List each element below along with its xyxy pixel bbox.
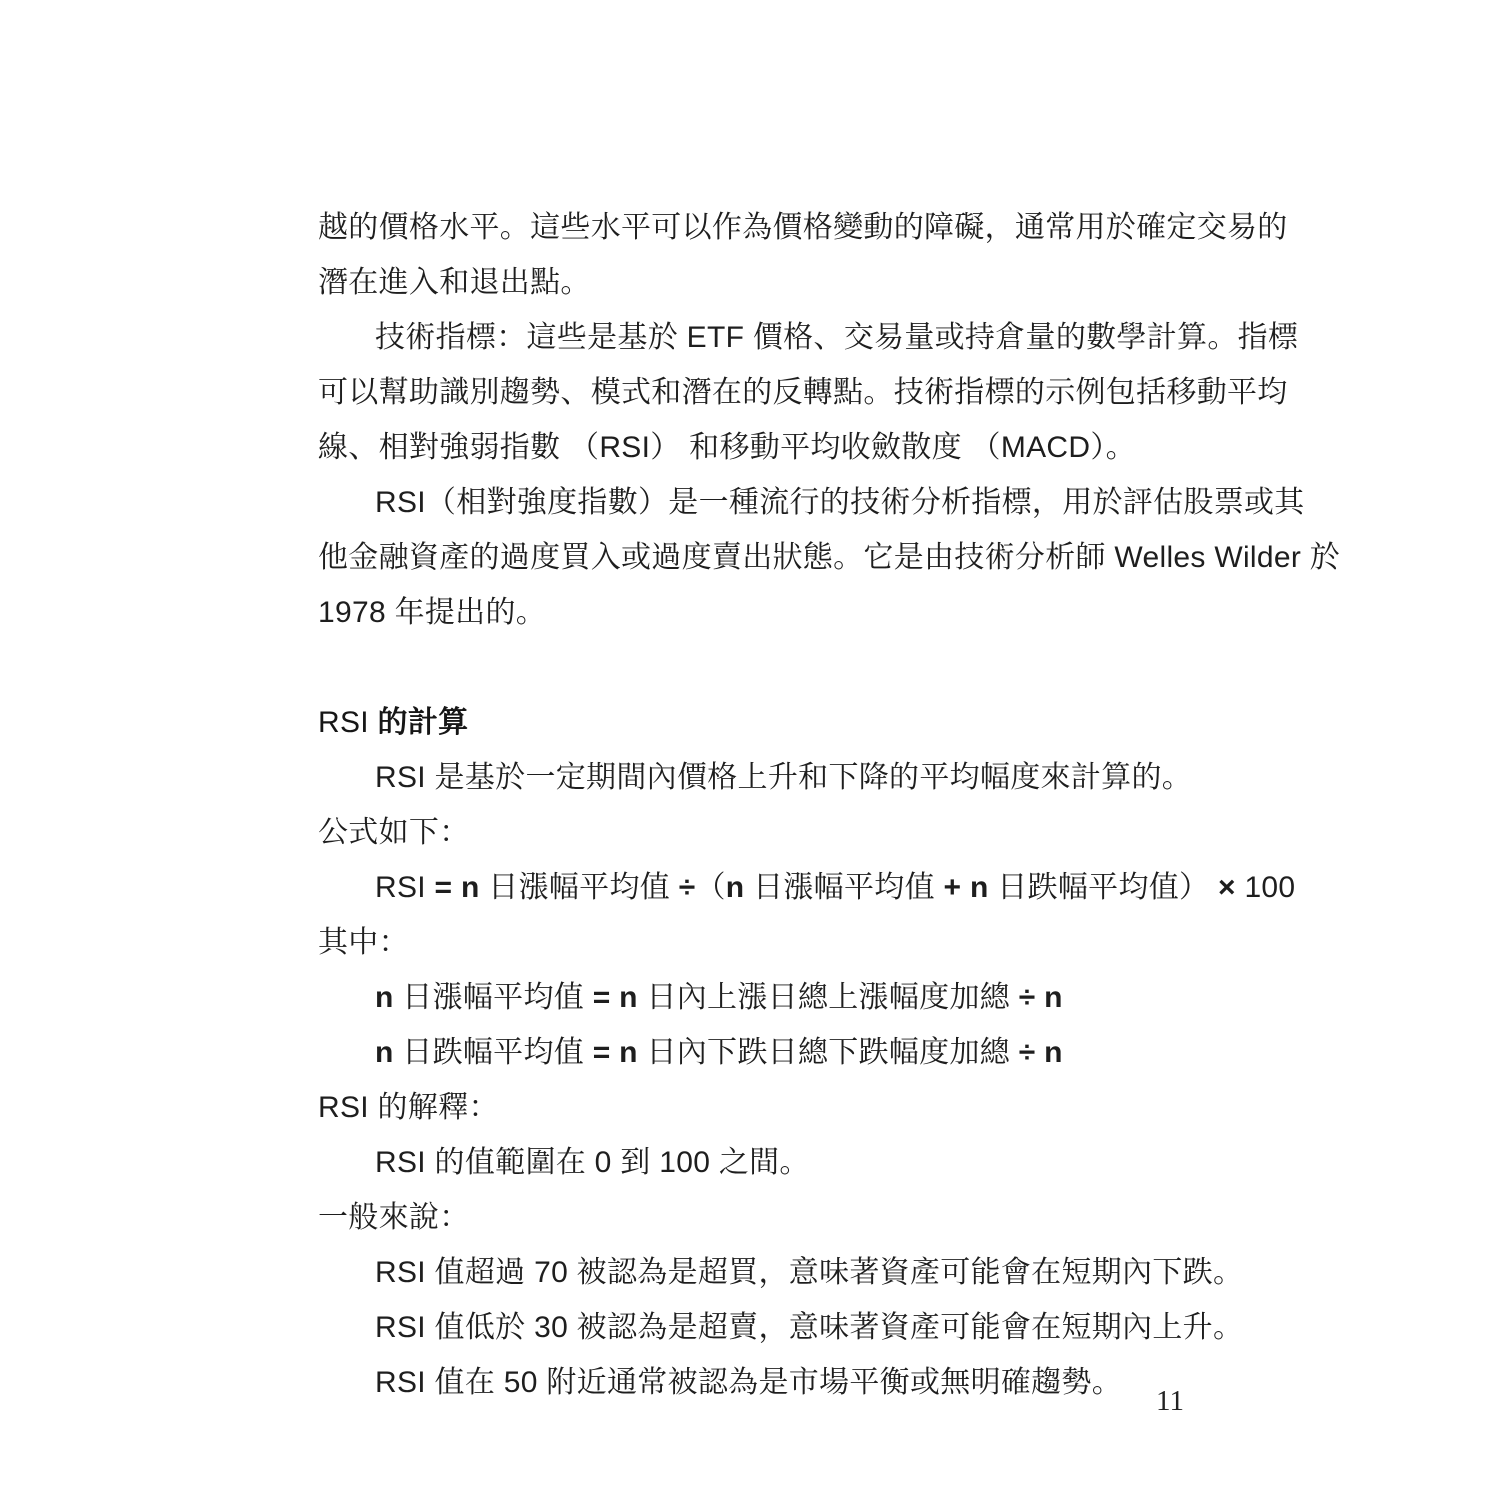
text-segment: 100 [1236,871,1296,904]
text-segment: 1978 年提出的。 [318,596,546,629]
text-segment: RSI（相對強度指數）是一種流行的技術分析指標，用於評估股票或其 [375,486,1305,519]
text-segment: （ [695,871,725,904]
document-page: 越的價格水平。這些水平可以作為價格變動的障礙，通常用於確定交易的潛在進入和退出點… [0,0,1500,1500]
bold-text-segment: = n [593,981,638,1014]
bold-text-segment: + n [944,871,989,904]
text-line: 可以幫助識別趨勢、模式和潛在的反轉點。技術指標的示例包括移動平均 [318,365,1198,420]
text-segment: 線、相對強弱指數 （RSI） 和移動平均收斂散度 （MACD）。 [318,431,1136,464]
text-line: 1978 年提出的。 [318,585,1198,640]
text-line: RSI 的解釋： [318,1080,1198,1135]
text-line: RSI 的值範圍在 0 到 100 之間。 [318,1135,1198,1190]
text-segment: 日內下跌日總下跌幅度加總 [638,1036,1019,1069]
text-line: RSI 值在 50 附近通常被認為是市場平衡或無明確趨勢。 [318,1355,1198,1410]
bold-text-segment: = n [435,871,480,904]
text-segment: 潛在進入和退出點。 [318,266,591,299]
text-line: n 日漲幅平均值 = n 日內上漲日總上漲幅度加總 ÷ n [318,970,1198,1025]
text-line: 線、相對強弱指數 （RSI） 和移動平均收斂散度 （MACD）。 [318,420,1198,475]
page-text-block: 越的價格水平。這些水平可以作為價格變動的障礙，通常用於確定交易的潛在進入和退出點… [318,200,1198,1410]
text-line: RSI 值低於 30 被認為是超賣，意味著資產可能會在短期內上升。 [318,1300,1198,1355]
text-segment: RSI [375,871,435,904]
text-segment: RSI [318,706,378,739]
text-segment: 公式如下： [318,816,470,849]
text-line: RSI 是基於一定期間內價格上升和下降的平均幅度來計算的。 [318,750,1198,805]
bold-text-segment: n [726,871,745,904]
blank-line [318,640,1198,695]
section-heading: RSI 的計算 [318,695,1198,750]
text-line: 越的價格水平。這些水平可以作為價格變動的障礙，通常用於確定交易的 [318,200,1198,255]
text-segment: RSI 的解釋： [318,1091,499,1124]
bold-text-segment: × [1218,871,1236,904]
text-line: 潛在進入和退出點。 [318,255,1198,310]
text-segment: 越的價格水平。這些水平可以作為價格變動的障礙，通常用於確定交易的 [318,211,1288,244]
text-segment: 其中： [318,926,409,959]
text-line: RSI（相對強度指數）是一種流行的技術分析指標，用於評估股票或其 [318,475,1198,530]
text-line: n 日跌幅平均值 = n 日內下跌日總下跌幅度加總 ÷ n [318,1025,1198,1080]
text-segment: 他金融資產的過度買入或過度賣出狀態。它是由技術分析師 Welles Wilder… [318,541,1340,574]
text-segment: 可以幫助識別趨勢、模式和潛在的反轉點。技術指標的示例包括移動平均 [318,376,1288,409]
text-line: 一般來說： [318,1190,1198,1245]
text-segment: 日跌幅平均值） [989,871,1218,904]
bold-text-segment: ÷ n [1019,981,1063,1014]
text-segment: 日漲幅平均值 [394,981,593,1014]
text-line: RSI = n 日漲幅平均值 ÷（n 日漲幅平均值 + n 日跌幅平均值） × … [318,860,1198,915]
text-segment: 日內上漲日總上漲幅度加總 [638,981,1019,1014]
bold-text-segment: ÷ n [1019,1036,1063,1069]
text-segment: 一般來說： [318,1201,470,1234]
text-segment: 日漲幅平均值 [744,871,943,904]
page-number: 11 [1140,1385,1200,1418]
bold-text-segment: = n [593,1036,638,1069]
text-line: RSI 值超過 70 被認為是超買，意味著資產可能會在短期內下跌。 [318,1245,1198,1300]
text-line: 公式如下： [318,805,1198,860]
text-line: 技術指標：這些是基於 ETF 價格、交易量或持倉量的數學計算。指標 [318,310,1198,365]
text-segment: RSI 值在 50 附近通常被認為是市場平衡或無明確趨勢。 [375,1366,1122,1399]
bold-text-segment: n [375,981,394,1014]
text-segment: RSI 值低於 30 被認為是超賣，意味著資產可能會在短期內上升。 [375,1311,1243,1344]
bold-text-segment: n [375,1036,394,1069]
text-segment: 日漲幅平均值 [480,871,679,904]
text-line: 其中： [318,915,1198,970]
text-segment: RSI 是基於一定期間內價格上升和下降的平均幅度來計算的。 [375,761,1192,794]
text-line: 他金融資產的過度買入或過度賣出狀態。它是由技術分析師 Welles Wilder… [318,530,1198,585]
bold-text-segment: 的計算 [378,706,469,739]
text-segment: RSI 的值範圍在 0 到 100 之間。 [375,1146,810,1179]
text-segment: 日跌幅平均值 [394,1036,593,1069]
bold-text-segment: ÷ [679,871,696,904]
text-segment: RSI 值超過 70 被認為是超買，意味著資產可能會在短期內下跌。 [375,1256,1243,1289]
text-segment: 技術指標：這些是基於 ETF 價格、交易量或持倉量的數學計算。指標 [375,321,1298,354]
